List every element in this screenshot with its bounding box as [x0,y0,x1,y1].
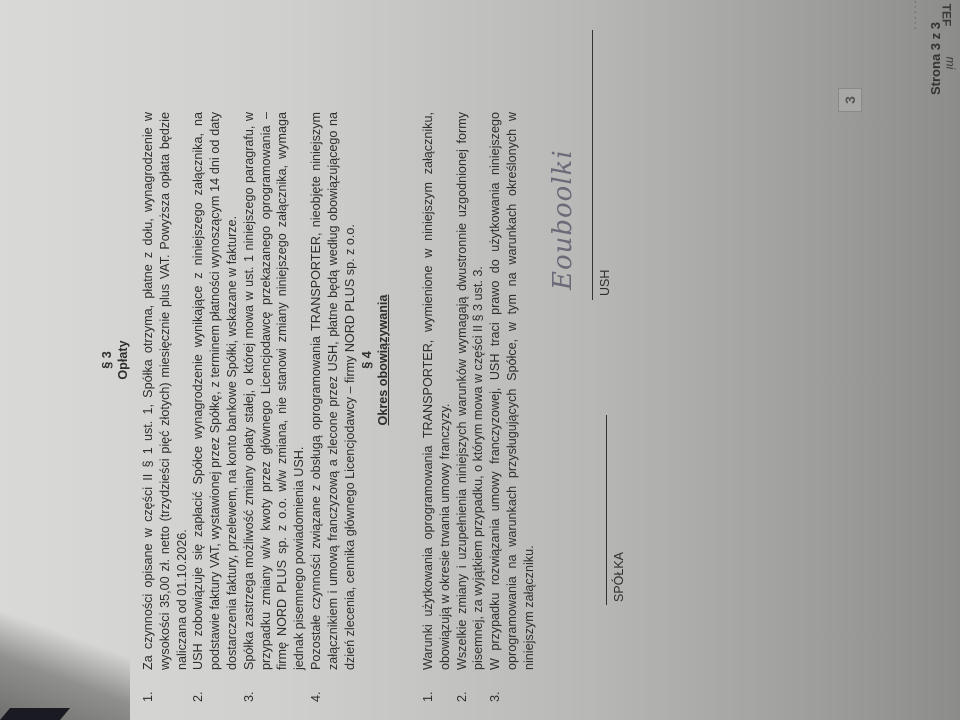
dark-corner [0,708,70,720]
clause-text: W przypadku rozwiązania umowy franczyzow… [488,112,536,670]
clause-text: USH zobowiązuje się zapłacić Spółce wyna… [191,112,239,670]
clause-number: 1. [140,691,157,702]
page-logo-icon: 3 [838,88,862,112]
section-4-title: Okres obowiązywania [376,0,390,720]
section-4-title-text: Okres obowiązywania [376,295,390,426]
document-page: § 3 Opłaty 1.Za czynności opisane w częś… [0,0,960,720]
clause-text: Warunki użytkowania oprogramowania TRANS… [421,112,452,670]
clause-number: 3. [487,691,504,702]
ush-signature-line [592,30,593,300]
ush-handwritten-signature: Eouboolki [548,149,578,290]
clause-number: 2. [454,691,471,702]
clause-item: 1.Warunki użytkowania oprogramowania TRA… [420,112,454,702]
clause-text: Za czynności opisane w części II § 1 ust… [141,112,189,670]
page-number: Strona 3 z 3 [928,22,943,95]
clause-item: 2.Wszelkie zmiany i uzupełnienia niniejs… [454,112,488,702]
clause-number: 2. [190,691,207,702]
clause-number: 4. [308,691,325,702]
clause-item: 3.Spółka zastrzega możliwość zmiany opła… [241,112,308,702]
ush-label: USH [598,270,612,296]
spolka-label: SPÓŁKA [612,552,626,602]
section-3-clauses: 1.Za czynności opisane w części II § 1 u… [140,112,358,702]
clause-number: 1. [420,691,437,702]
clause-item: 3.W przypadku rozwiązania umowy franczyz… [487,112,537,702]
section-4-number: § 4 [360,0,374,720]
section-4-clauses: 1.Warunki użytkowania oprogramowania TRA… [420,112,538,702]
page-fold-shadow [0,610,130,720]
clause-number: 3. [241,691,258,702]
clause-text: Pozostałe czynności związane z obsługą o… [309,112,357,670]
clause-item: 4.Pozostałe czynności związane z obsługą… [308,112,358,702]
clause-item: 1.Za czynności opisane w części II § 1 u… [140,112,190,702]
clause-text: Wszelkie zmiany i uzupełnienia niniejszy… [455,112,486,670]
clause-item: 2.USH zobowiązuje się zapłacić Spółce wy… [190,112,240,702]
clause-text: Spółka zastrzega możliwość zmiany opłaty… [242,112,306,670]
spolka-signature-line [606,415,607,605]
